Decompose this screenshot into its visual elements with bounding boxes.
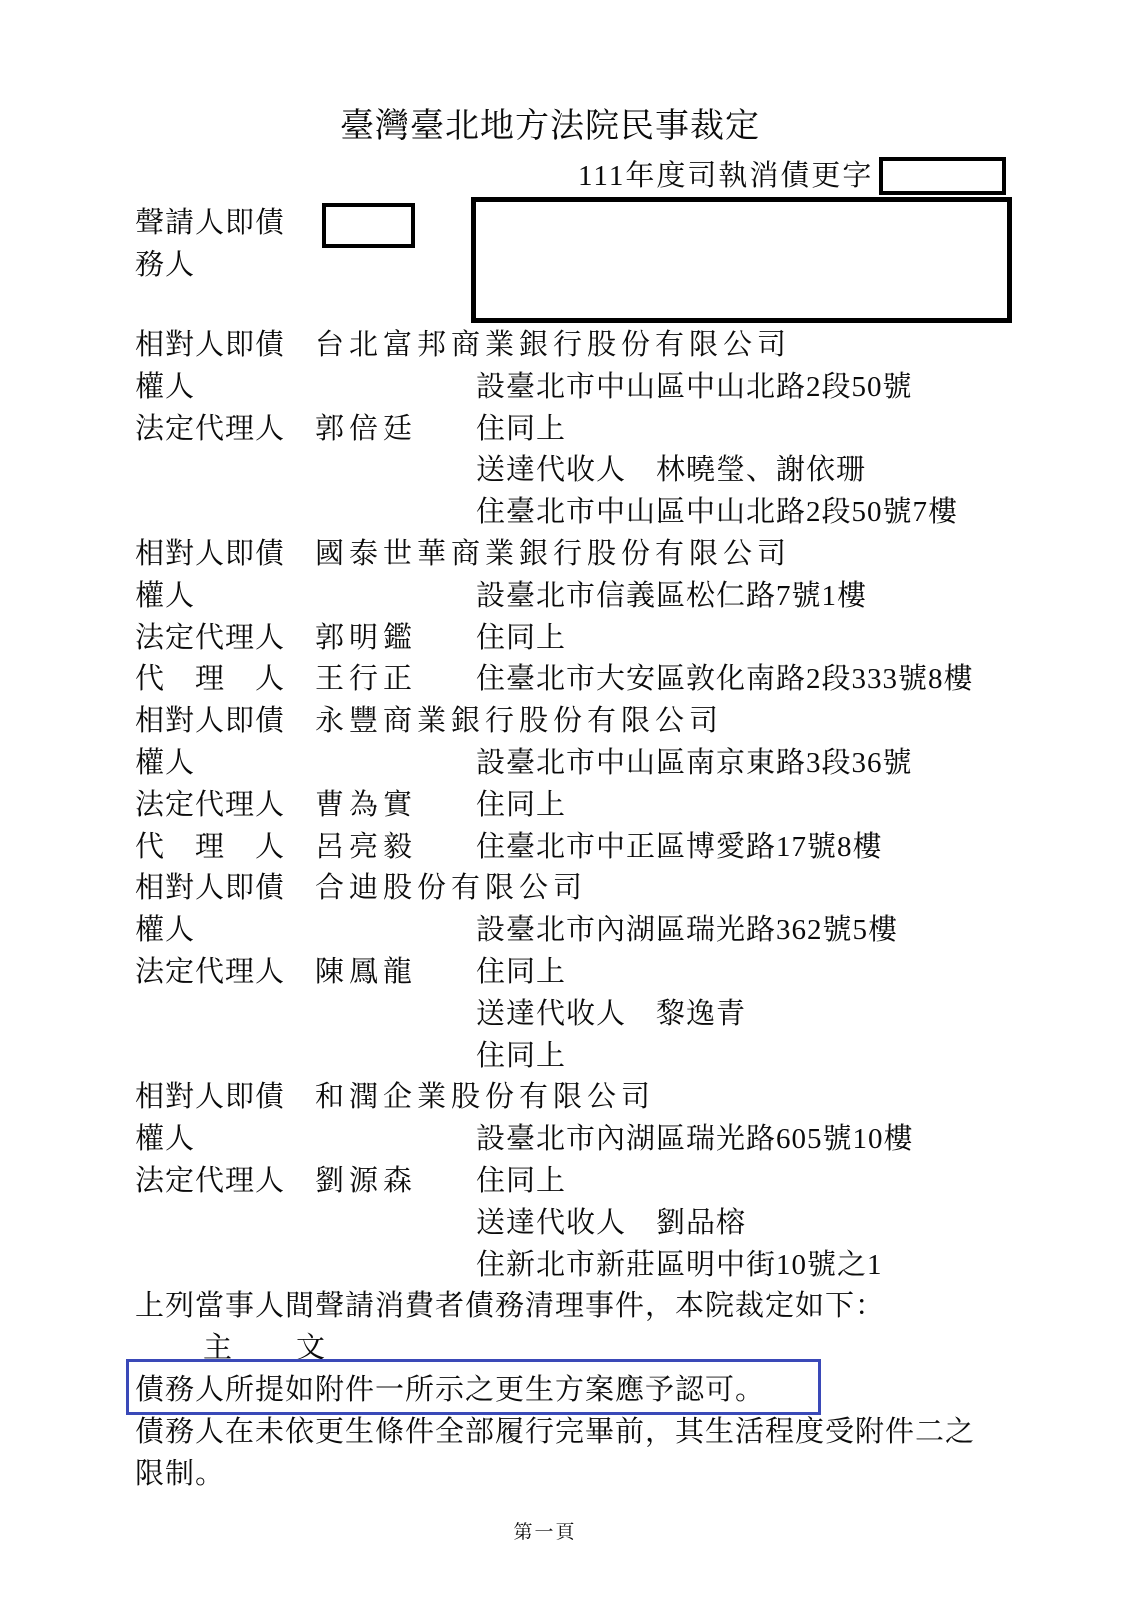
party-name: 和潤企業股份有限公司 [315,1077,655,1119]
party-row: 相對人即債 國泰世華商業銀行股份有限公司 [135,534,1105,576]
party-name: 郭明鑑 [315,618,476,660]
party-role-label [135,1203,315,1245]
party-address: 住同上 [476,618,1105,660]
petitioner-label: 聲請人即債 務人 [135,203,285,287]
party-name: 曹為實 [315,785,476,827]
party-name [315,367,476,409]
party-address: 住臺北市大安區敦化南路2段333號8樓 [476,659,1105,701]
party-name [315,1203,476,1245]
document-body: 相對人即債 台北富邦商業銀行股份有限公司 權人 設臺北市中山區中山北路2段50號… [135,325,1105,1495]
party-role-label [135,1036,315,1078]
redaction-box-debtor-name [322,203,415,248]
party-row: 權人 設臺北市信義區松仁路7號1樓 [135,576,1105,618]
party-row: 相對人即債 永豐商業銀行股份有限公司 [135,701,1105,743]
party-address: 住同上 [476,409,1105,451]
party-role-label: 代 理 人 [135,827,315,869]
redaction-box-debtor-details [471,197,1012,323]
party-row: 送達代收人 黎逸青 [135,994,1105,1036]
party-name: 國泰世華商業銀行股份有限公司 [315,534,791,576]
party-name: 呂亮毅 [315,827,476,869]
party-address: 住同上 [476,952,1105,994]
party-address: 住臺北市中正區博愛路17號8樓 [476,827,1105,869]
party-name [315,492,476,534]
party-role-label: 相對人即債 [135,325,315,367]
party-row: 法定代理人 陳鳳龍 住同上 [135,952,1105,994]
party-row: 相對人即債 合迪股份有限公司 [135,868,1105,910]
party-role-label: 法定代理人 [135,1161,315,1203]
page-number: 第一頁 [0,1518,1090,1548]
party-name [315,910,476,952]
party-name [315,1036,476,1078]
party-address: 住同上 [476,1161,1105,1203]
party-row: 法定代理人 郭明鑑 住同上 [135,618,1105,660]
party-role-label: 相對人即債 [135,1077,315,1119]
party-address: 設臺北市中山區中山北路2段50號 [476,367,1105,409]
party-address [587,868,1105,910]
court-ruling-page: 臺灣臺北地方法院民事裁定 111年度司執消債更字 聲請人即債 務人 相對人即債 … [0,0,1131,1600]
party-name: 郭倍廷 [315,409,476,451]
party-name [315,743,476,785]
party-name [315,1119,476,1161]
party-address: 設臺北市內湖區瑞光路362號5樓 [476,910,1105,952]
party-role-label: 法定代理人 [135,618,315,660]
party-address: 住同上 [476,785,1105,827]
party-row: 權人 設臺北市中山區南京東路3段36號 [135,743,1105,785]
party-role-label: 相對人即債 [135,701,315,743]
party-name [315,576,476,618]
party-role-label: 法定代理人 [135,952,315,994]
party-row: 法定代理人 劉源森 住同上 [135,1161,1105,1203]
party-role-label [135,994,315,1036]
parties-list: 相對人即債 台北富邦商業銀行股份有限公司 權人 設臺北市中山區中山北路2段50號… [135,325,1105,1286]
petitioner-label-line1: 聲請人即債 [135,203,285,245]
party-role-label: 相對人即債 [135,868,315,910]
party-address: 住同上 [476,1036,1105,1078]
party-address: 送達代收人 黎逸青 [476,994,1105,1036]
party-role-label: 權人 [135,576,315,618]
party-row: 權人 設臺北市內湖區瑞光路362號5樓 [135,910,1105,952]
party-row: 住新北市新莊區明中街10號之1 [135,1245,1105,1287]
party-address [723,701,1105,743]
party-role-label: 權人 [135,367,315,409]
party-address: 送達代收人 劉品榕 [476,1203,1105,1245]
party-row: 送達代收人 劉品榕 [135,1203,1105,1245]
party-address: 送達代收人 林曉瑩、謝依珊 [476,450,1105,492]
party-row: 權人 設臺北市中山區中山北路2段50號 [135,367,1105,409]
party-address [791,325,1105,367]
case-number-line: 111年度司執消債更字 [578,155,873,197]
party-role-label: 法定代理人 [135,409,315,451]
party-row: 權人 設臺北市內湖區瑞光路605號10樓 [135,1119,1105,1161]
party-row: 住臺北市中山區中山北路2段50號7樓 [135,492,1105,534]
petitioner-label-line2: 務人 [135,245,285,287]
party-row: 法定代理人 郭倍廷 住同上 [135,409,1105,451]
party-role-label: 權人 [135,910,315,952]
party-row: 法定代理人 曹為實 住同上 [135,785,1105,827]
party-name [315,1245,476,1287]
party-row: 住同上 [135,1036,1105,1078]
party-name [315,450,476,492]
party-address: 住臺北市中山區中山北路2段50號7樓 [476,492,1105,534]
party-row: 送達代收人 林曉瑩、謝依珊 [135,450,1105,492]
closing-intro-line: 上列當事人間聲請消費者債務清理事件，本院裁定如下： [135,1286,1105,1328]
party-row: 相對人即債 和潤企業股份有限公司 [135,1077,1105,1119]
party-row: 代 理 人 王行正 住臺北市大安區敦化南路2段333號8樓 [135,659,1105,701]
party-role-label [135,1245,315,1287]
party-name: 台北富邦商業銀行股份有限公司 [315,325,791,367]
ruling-line-restriction: 債務人在未依更生條件全部履行完畢前，其生活程度受附件二之 [135,1412,1105,1454]
party-address: 設臺北市內湖區瑞光路605號10樓 [476,1119,1105,1161]
party-name: 永豐商業銀行股份有限公司 [315,701,723,743]
page-title: 臺灣臺北地方法院民事裁定 [0,104,1100,150]
party-name: 合迪股份有限公司 [315,868,587,910]
party-name [315,994,476,1036]
ruling-highlight-box [126,1359,821,1415]
party-address [655,1077,1105,1119]
party-role-label [135,450,315,492]
party-name: 王行正 [315,659,476,701]
party-name: 劉源森 [315,1161,476,1203]
party-name: 陳鳳龍 [315,952,476,994]
party-row: 代 理 人 呂亮毅 住臺北市中正區博愛路17號8樓 [135,827,1105,869]
party-address [791,534,1105,576]
party-role-label: 代 理 人 [135,659,315,701]
party-role-label: 相對人即債 [135,534,315,576]
party-role-label: 法定代理人 [135,785,315,827]
party-address: 設臺北市信義區松仁路7號1樓 [476,576,1105,618]
party-role-label: 權人 [135,1119,315,1161]
party-row: 相對人即債 台北富邦商業銀行股份有限公司 [135,325,1105,367]
party-address: 住新北市新莊區明中街10號之1 [476,1245,1105,1287]
redaction-box-case-number [879,157,1006,195]
party-address: 設臺北市中山區南京東路3段36號 [476,743,1105,785]
party-role-label [135,492,315,534]
party-role-label: 權人 [135,743,315,785]
ruling-line-restriction-cont: 限制。 [135,1454,1105,1496]
